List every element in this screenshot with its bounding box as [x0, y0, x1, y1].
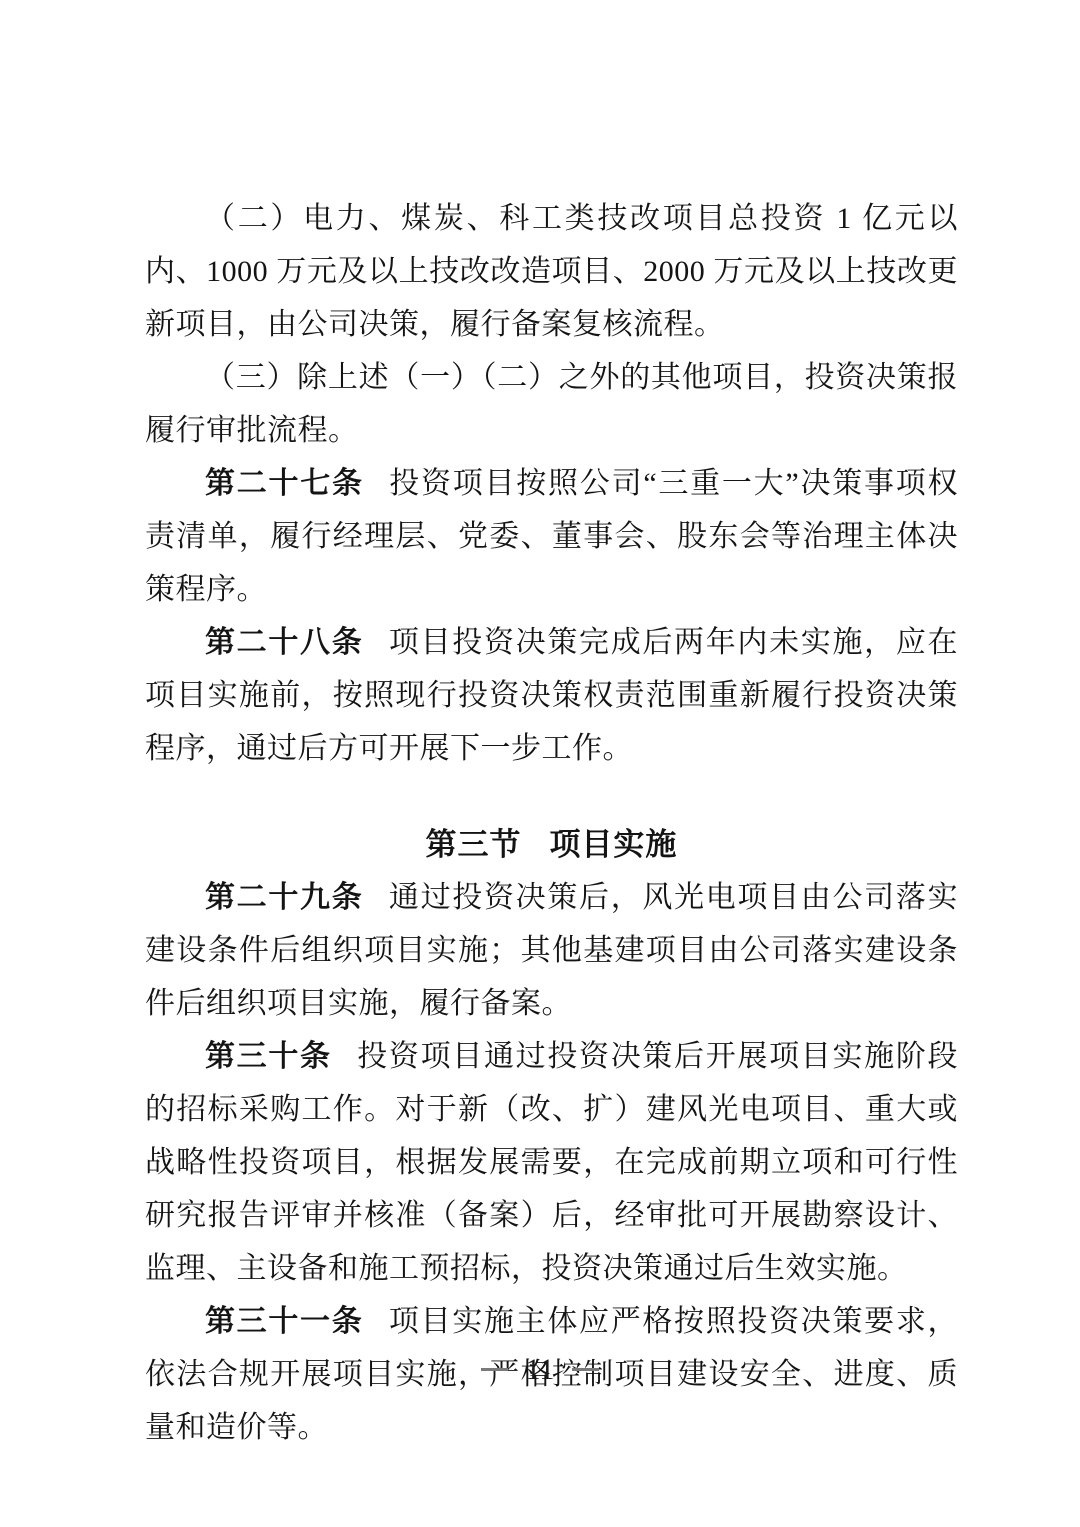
article-number: 第三十条	[205, 1040, 332, 1073]
footer-dash	[481, 1368, 508, 1371]
article-paragraph: 第三十条投资项目通过投资决策后开展项目实施阶段的招标采购工作。对于新（改、扩）建…	[145, 1030, 958, 1295]
body-paragraph: （二）电力、煤炭、科工类技改项目总投资 1 亿元以内、1000 万元及以上技改改…	[145, 192, 958, 351]
page-footer: 11	[0, 1348, 1080, 1392]
page-number: 11	[526, 1353, 555, 1386]
section-heading: 第三节项目实施	[145, 818, 958, 871]
article-number: 第二十九条	[205, 881, 363, 914]
paragraph-text: （三）除上述（一）（二）之外的其他项目，投资决策报履行审批流程。	[145, 361, 958, 447]
article-paragraph: 第二十七条投资项目按照公司“三重一大”决策事项权责清单，履行经理层、党委、董事会…	[145, 457, 958, 616]
page-body: （二）电力、煤炭、科工类技改项目总投资 1 亿元以内、1000 万元及以上技改改…	[145, 192, 958, 1454]
article-number: 第二十八条	[205, 626, 363, 659]
article-text: 投资项目通过投资决策后开展项目实施阶段的招标采购工作。对于新（改、扩）建风光电项…	[145, 1040, 958, 1285]
body-paragraph: （三）除上述（一）（二）之外的其他项目，投资决策报履行审批流程。	[145, 351, 958, 457]
document-page: （二）电力、煤炭、科工类技改项目总投资 1 亿元以内、1000 万元及以上技改改…	[0, 0, 1080, 1527]
paragraph-text: （二）电力、煤炭、科工类技改项目总投资 1 亿元以内、1000 万元及以上技改改…	[145, 202, 958, 341]
article-paragraph: 第二十八条项目投资决策完成后两年内未实施，应在项目实施前，按照现行投资决策权责范…	[145, 616, 958, 775]
article-paragraph: 第二十九条通过投资决策后，风光电项目由公司落实建设条件后组织项目实施；其他基建项…	[145, 871, 958, 1030]
section-label: 第三节	[426, 827, 522, 862]
footer-dash	[572, 1368, 599, 1371]
article-number: 第三十一条	[205, 1305, 363, 1338]
section-title: 项目实施	[549, 827, 677, 862]
article-number: 第二十七条	[205, 467, 364, 500]
